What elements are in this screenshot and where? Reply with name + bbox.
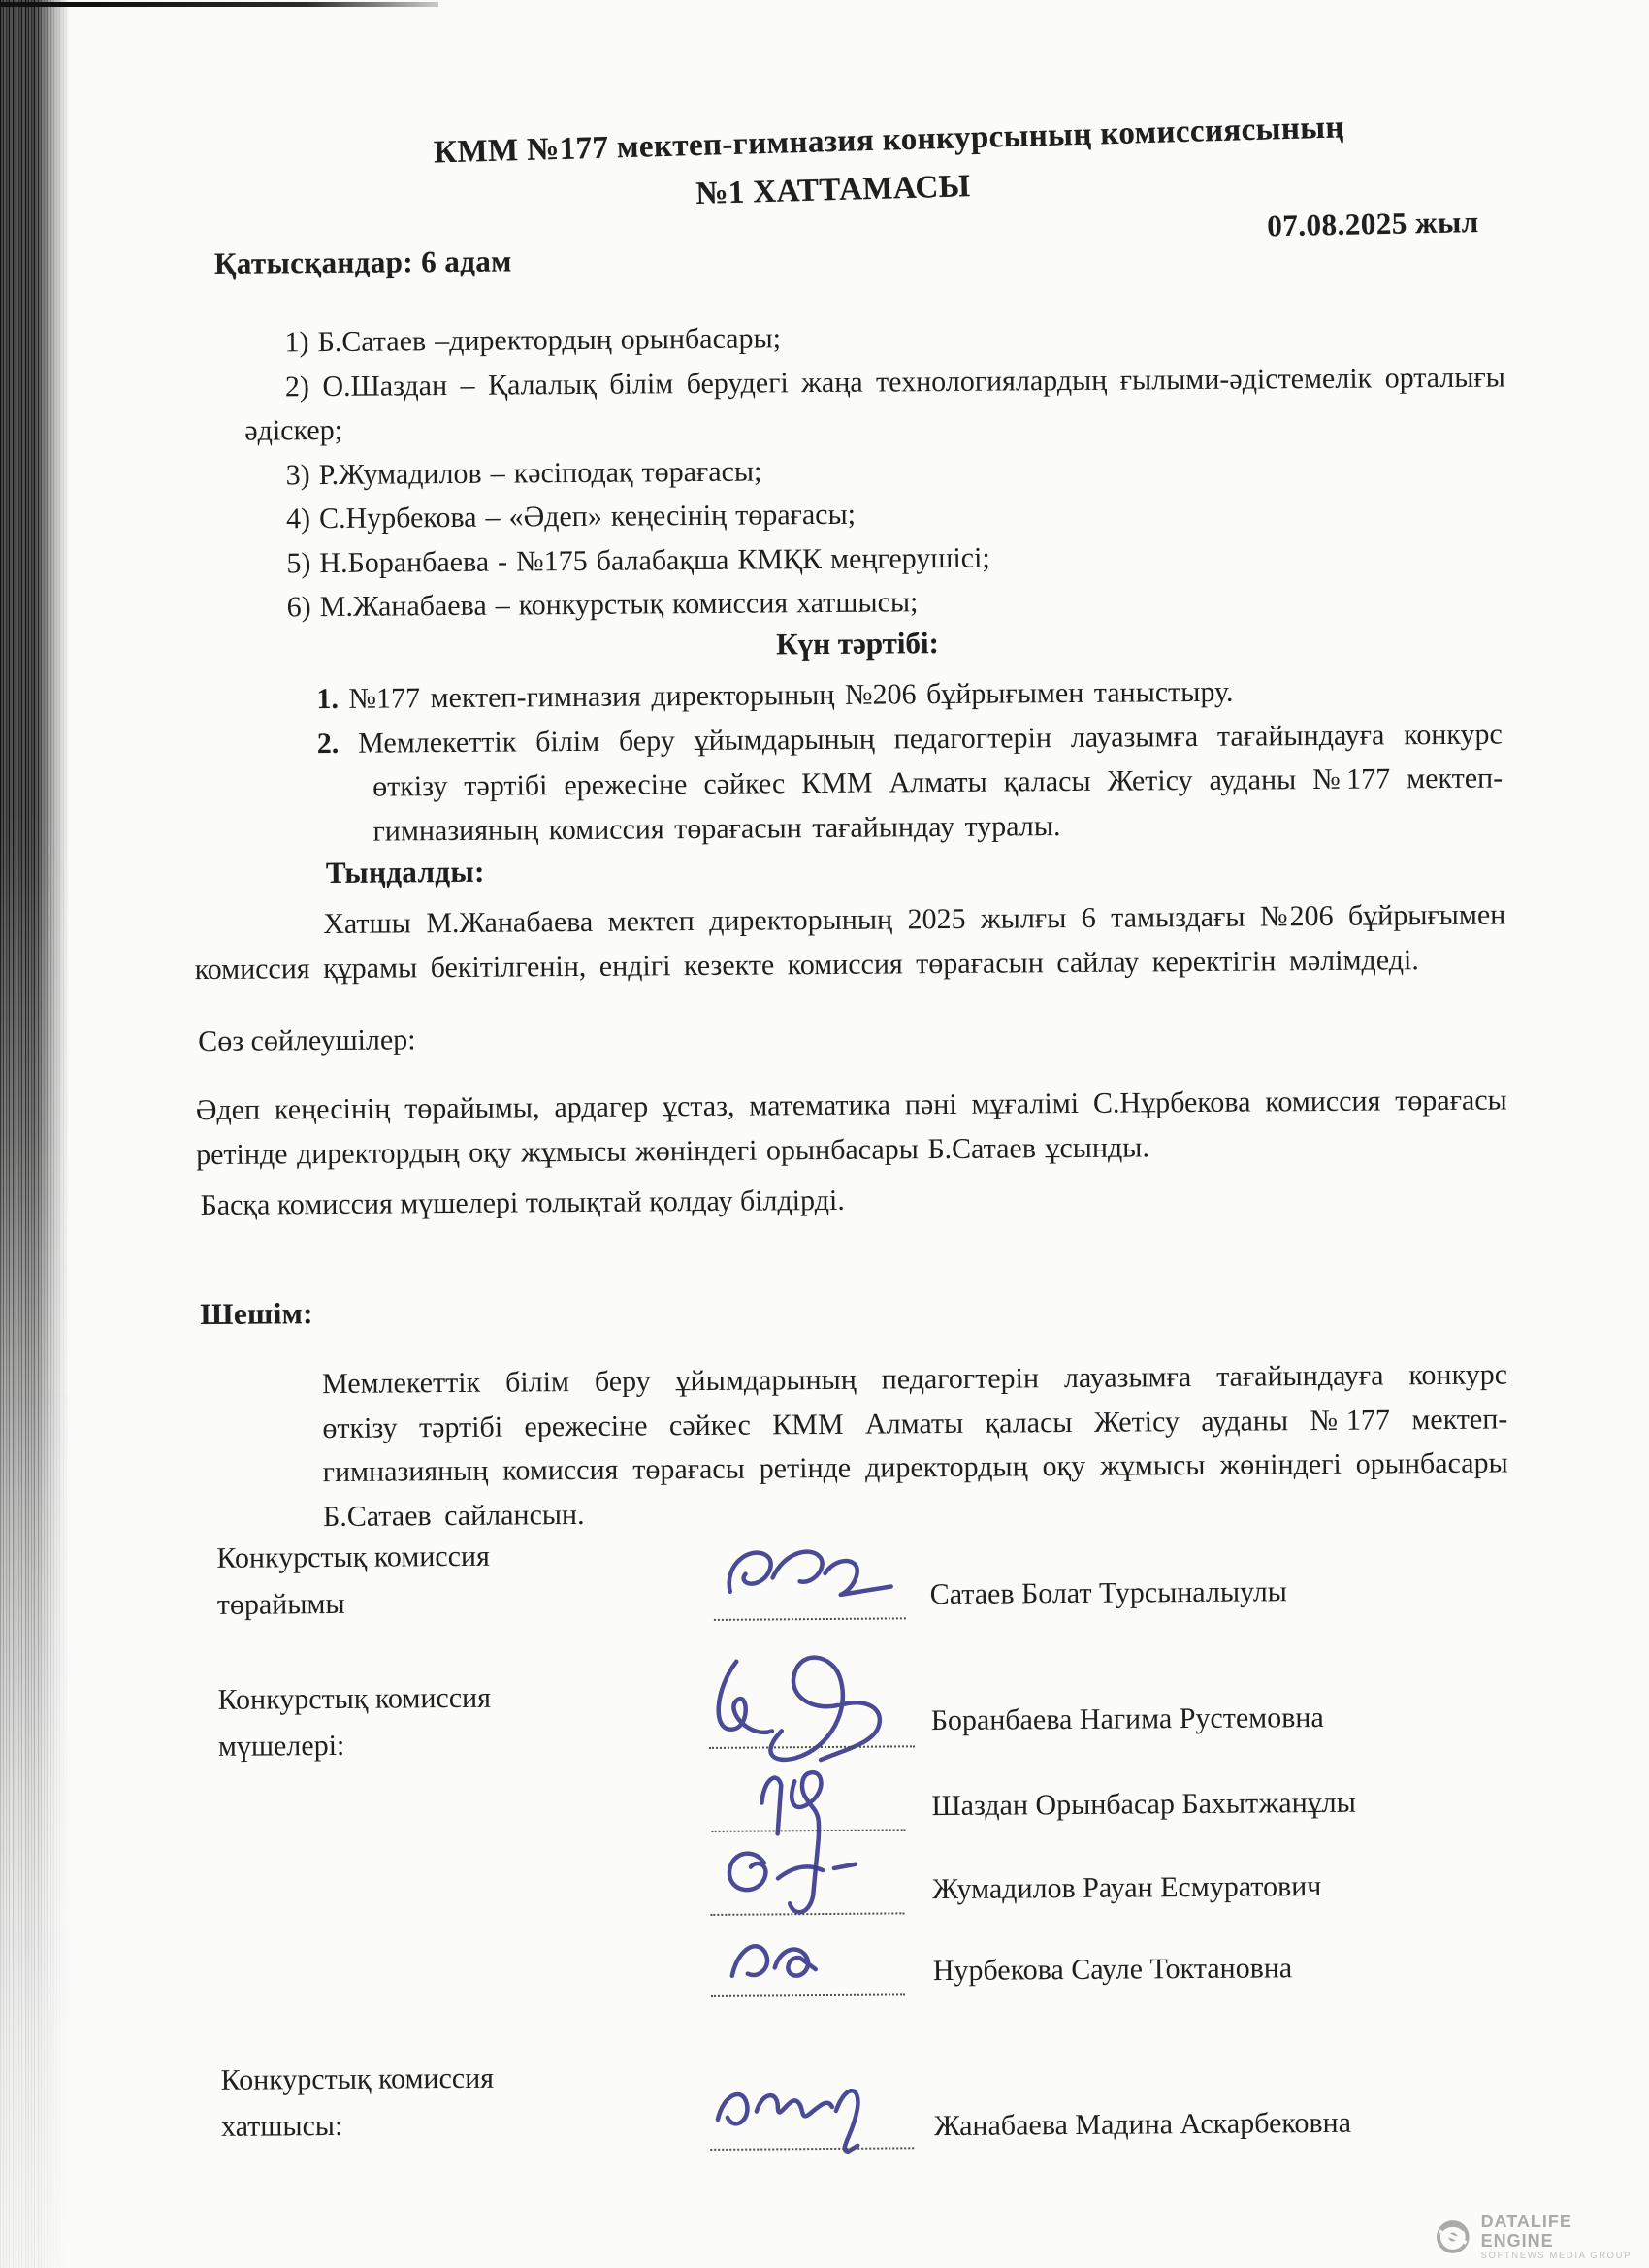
participant-number: 6) <box>287 591 311 623</box>
heard-heading: Тыңдалды: <box>326 855 485 891</box>
participant-number: 4) <box>286 502 310 535</box>
signature-scribble-sataev <box>716 1534 911 1623</box>
signature-name: Нурбекова Сауле Токтановна <box>933 1952 1293 1988</box>
signature-name: Шаздан Орынбасар Бахытжанұлы <box>931 1787 1356 1823</box>
signature-scribble-zhanabaeva <box>701 2057 887 2158</box>
signature-line <box>711 1993 905 1997</box>
agenda-item-number: 2. <box>317 727 339 759</box>
agenda-item-text: Мемлекеттік білім беру ұйымдарының педаг… <box>339 718 1503 847</box>
signature-scribble-nurbekova <box>720 1925 836 1988</box>
participant-text: М.Жанабаева – конкурстық комиссия хатшыс… <box>311 586 919 623</box>
datalife-engine-logo-icon <box>1434 2218 1472 2256</box>
agenda-item: 2. Мемлекеттік білім беру ұйымдарының пе… <box>317 712 1503 854</box>
signature-name: Сатаев Болат Турсыналыулы <box>930 1575 1287 1611</box>
agenda-item-text: №177 мектеп-гимназия директорының №206 б… <box>339 676 1234 715</box>
watermark-text: DATALIFE ENGINE SOFTNEWS MEDIA GROUP <box>1481 2212 1649 2261</box>
signature-role-members: Конкурстық комиссия мүшелері: <box>217 1674 567 1770</box>
decision-heading: Шешім: <box>200 1296 313 1332</box>
participant-number: 3) <box>286 459 310 491</box>
speakers-paragraph-2: Басқа комиссия мүшелері толықтай қолдау … <box>200 1179 1511 1222</box>
agenda-item-number: 1. <box>316 683 339 715</box>
watermark-subtitle: SOFTNEWS MEDIA GROUP <box>1481 2251 1649 2261</box>
attendees-label: Қатысқандар: 6 адам <box>214 244 512 281</box>
signature-scribble-zhumadilov <box>714 1837 870 1902</box>
decision-paragraph: Мемлекеттік білім беру ұйымдарының педаг… <box>322 1352 1508 1539</box>
agenda-heading: Күн тәртібі: <box>275 622 1439 665</box>
speakers-paragraph-1: Әдеп кеңесінің төрайымы, ардагер ұстаз, … <box>196 1078 1508 1178</box>
participant-text: Б.Сатаев –директордың орынбасары; <box>308 322 781 358</box>
participant-text: С.Нурбекова – «Әдеп» кеңесінің төрағасы; <box>310 499 856 535</box>
participant-number: 1) <box>284 326 308 358</box>
speakers-heading: Сөз сөйлеушілер: <box>198 1023 416 1058</box>
participant-text: Н.Боранбаева - №175 балабақша КМҚК меңге… <box>310 541 990 578</box>
document-date: 07.08.2025 жыл <box>1051 205 1479 248</box>
signature-role-line: Конкурстық комиссия <box>217 1674 566 1724</box>
participant-text: Р.Жумадилов – кәсіподақ төрағасы; <box>310 455 762 491</box>
participant-item: 2) О.Шаздан – Қалалық білім берудегі жаң… <box>244 355 1506 453</box>
document-content: КММ №177 мектеп-гимназия конкурсының ком… <box>0 0 1649 2268</box>
agenda-list: 1. №177 мектеп-гимназия директорының №20… <box>316 668 1503 855</box>
signature-name: Жанабаева Мадина Аскарбековна <box>934 2107 1351 2143</box>
participant-number: 2) <box>285 371 309 403</box>
signature-role-line: Конкурстық комиссия <box>220 2055 569 2104</box>
datalife-engine-watermark: DATALIFE ENGINE SOFTNEWS MEDIA GROUP <box>1434 2212 1649 2261</box>
participants-list: 1) Б.Сатаев –директордың орынбасары; 2) … <box>243 310 1506 630</box>
signature-name: Боранбаева Нагима Рустемовна <box>931 1701 1324 1737</box>
signature-role-chair: Конкурстық комиссия төрайымы <box>216 1533 566 1629</box>
watermark-brand: DATALIFE ENGINE <box>1481 2212 1649 2251</box>
heard-paragraph: Хатшы М.Жанабаева мектеп директорының 20… <box>194 892 1506 992</box>
signature-role-secretary: Конкурстық комиссия хатшысы: <box>220 2055 570 2151</box>
signature-role-line: Конкурстық комиссия <box>216 1533 566 1582</box>
signature-role-line: мүшелері: <box>218 1721 567 1770</box>
participant-number: 5) <box>286 547 310 579</box>
participant-text: О.Шаздан – Қалалық білім берудегі жаңа т… <box>244 361 1505 447</box>
participant-item: 6) М.Жанабаева – конкурстық комиссия хат… <box>246 575 1507 630</box>
signature-role-line: төрайымы <box>217 1579 566 1629</box>
scanned-protocol-page: КММ №177 мектеп-гимназия конкурсының ком… <box>0 0 1649 2268</box>
signature-role-line: хатшысы: <box>221 2101 570 2151</box>
signature-name: Жумадилов Рауан Есмуратович <box>932 1870 1321 1906</box>
